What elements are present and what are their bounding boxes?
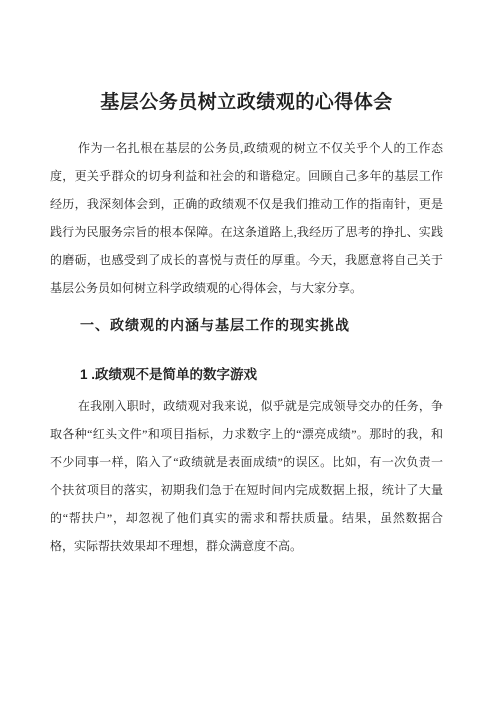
- document-page: 基层公务员树立政绩观的心得体会 作为一名扎根在基层的公务员,政绩观的树立不仅关乎…: [0, 0, 500, 707]
- document-title: 基层公务员树立政绩观的心得体会: [50, 90, 443, 116]
- subsection-heading: 1 .政绩观不是简单的数字游戏: [50, 366, 443, 384]
- section-heading: 一、政绩观的内涵与基层工作的现实挑战: [50, 315, 443, 335]
- body-paragraph: 在我刚入职时，政绩观对我来说，似乎就是完成领导交办的任务，争取各种“红头文件”和…: [50, 392, 443, 560]
- intro-paragraph: 作为一名扎根在基层的公务员,政绩观的树立不仅关乎个人的工作态度，更关乎群众的切身…: [50, 134, 443, 302]
